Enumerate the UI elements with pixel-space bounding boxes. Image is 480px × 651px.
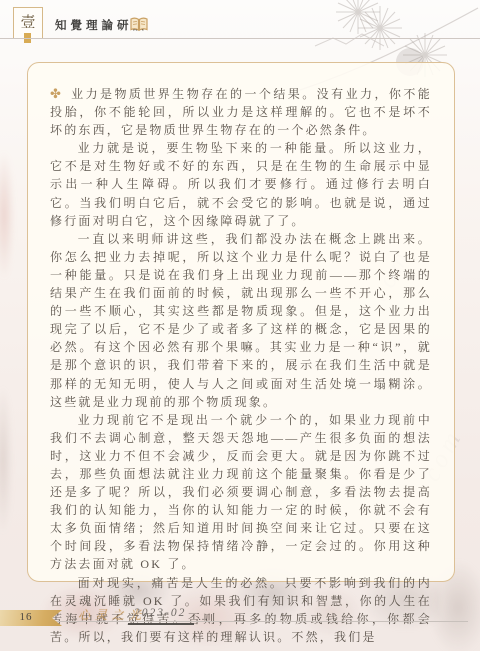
flower-ornament-icon: ✤ <box>50 86 61 101</box>
ink-smudge <box>0 150 14 280</box>
issue-number: 2023-02 <box>134 607 186 619</box>
book-page: com com 壹 知覺理論研讀 ✤业力是物质世界生物存在的一个结果。没有业力，… <box>0 0 480 651</box>
page-number: 16 <box>0 611 52 623</box>
paragraph: 业力现前它不是现出一个就少一个的，如果业力现前中我们不去调心制意，整天怨天怨地—… <box>50 411 432 574</box>
content-card: ✤业力是物质世界生物存在的一个结果。没有业力，你不能投胎，你不能轮回，所以业力是… <box>27 62 455 582</box>
book-icon <box>129 16 149 33</box>
paragraph: 一直以来明师讲这些，我们都没办法在概念上跳出来。你怎么把业力去掉呢，所以这个业力… <box>50 230 432 411</box>
chapter-number-box: 壹 <box>13 7 43 39</box>
paragraph: 业力就是说，要生物坠下来的一种能量。所以这业力，它不是对生物好或不好的东西，只是… <box>50 139 432 229</box>
paragraph-text: 业力是物质世界生物存在的一个结果。没有业力，你不能投胎，你不能轮回，所以业力是这… <box>50 87 432 137</box>
chapter-number: 壹 <box>14 11 42 32</box>
issue-dots: … <box>198 612 209 623</box>
header-divider <box>0 38 480 39</box>
issue-underline <box>128 623 194 625</box>
ink-smudge <box>0 385 12 535</box>
paragraph: ✤业力是物质世界生物存在的一个结果。没有业力，你不能投胎，你不能轮回，所以业力是… <box>50 85 432 139</box>
